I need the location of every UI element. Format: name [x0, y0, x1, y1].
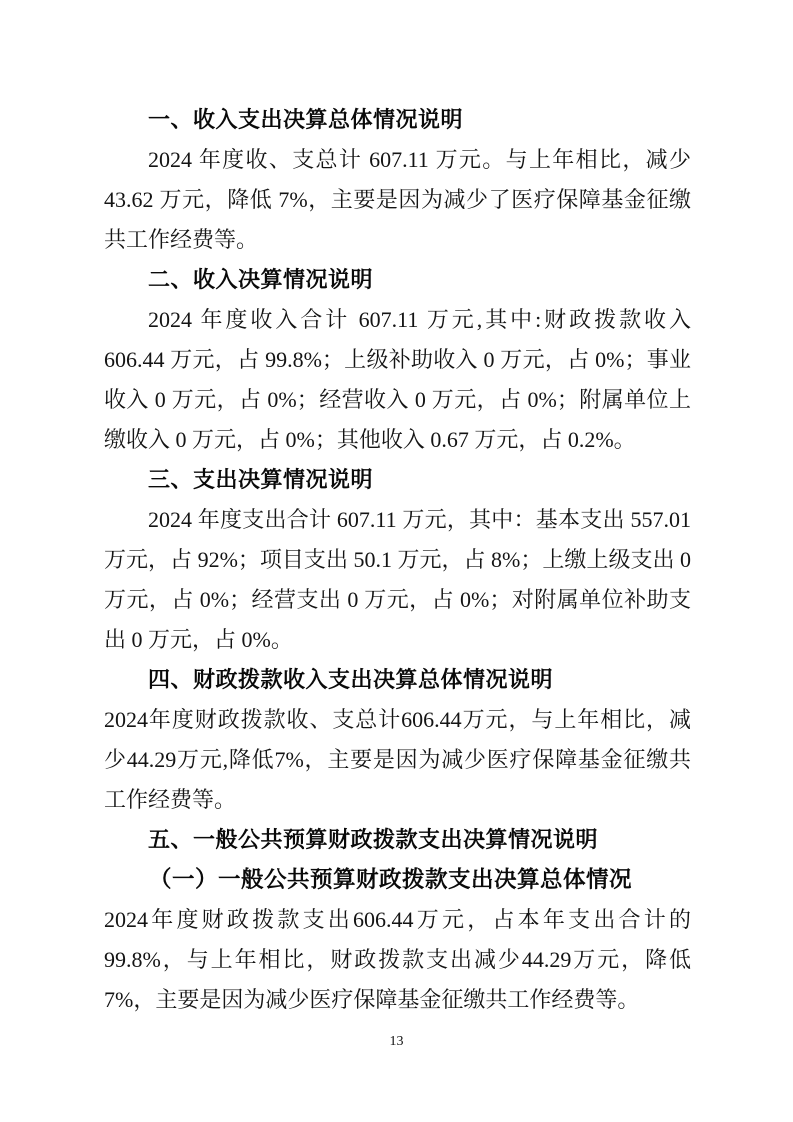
subsection-heading-general-public-budget-overview: （一）一般公共预算财政拨款支出决算总体情况 [104, 860, 691, 900]
section-income-final-accounts: 二、收入决算情况说明 2024 年度收入合计 607.11 万元,其中:财政拨款… [104, 260, 691, 460]
section-income-expenditure-overview: 一、收入支出决算总体情况说明 2024 年度收、支总计 607.11 万元。与上… [104, 100, 691, 260]
section-heading-expenditure-final-accounts: 三、支出决算情况说明 [104, 460, 691, 500]
document-page: 一、收入支出决算总体情况说明 2024 年度收、支总计 607.11 万元。与上… [0, 0, 793, 1122]
section-general-public-budget-expenditure: 五、一般公共预算财政拨款支出决算情况说明 （一）一般公共预算财政拨款支出决算总体… [104, 820, 691, 1020]
paragraph-expenditure-final-accounts: 2024 年度支出合计 607.11 万元，其中：基本支出 557.01 万元，… [104, 500, 691, 660]
section-heading-fiscal-appropriation-overview: 四、财政拨款收入支出决算总体情况说明 [104, 660, 691, 700]
page-number: 13 [390, 1034, 404, 1049]
document-body: 一、收入支出决算总体情况说明 2024 年度收、支总计 607.11 万元。与上… [104, 100, 691, 1020]
page-footer: 13 [0, 1032, 793, 1052]
section-fiscal-appropriation-overview: 四、财政拨款收入支出决算总体情况说明 2024年度财政拨款收、支总计606.44… [104, 660, 691, 820]
paragraph-income-final-accounts: 2024 年度收入合计 607.11 万元,其中:财政拨款收入 606.44 万… [104, 300, 691, 460]
paragraph-fiscal-appropriation-overview: 2024年度财政拨款收、支总计606.44万元，与上年相比，减少44.29万元,… [104, 700, 691, 820]
section-heading-income-expenditure-overview: 一、收入支出决算总体情况说明 [104, 100, 691, 140]
section-expenditure-final-accounts: 三、支出决算情况说明 2024 年度支出合计 607.11 万元，其中：基本支出… [104, 460, 691, 660]
section-heading-income-final-accounts: 二、收入决算情况说明 [104, 260, 691, 300]
paragraph-income-expenditure-overview: 2024 年度收、支总计 607.11 万元。与上年相比，减少 43.62 万元… [104, 140, 691, 260]
section-heading-general-public-budget-expenditure: 五、一般公共预算财政拨款支出决算情况说明 [104, 820, 691, 860]
paragraph-general-public-budget-expenditure: 2024年度财政拨款支出606.44万元，占本年支出合计的99.8%，与上年相比… [104, 900, 691, 1020]
